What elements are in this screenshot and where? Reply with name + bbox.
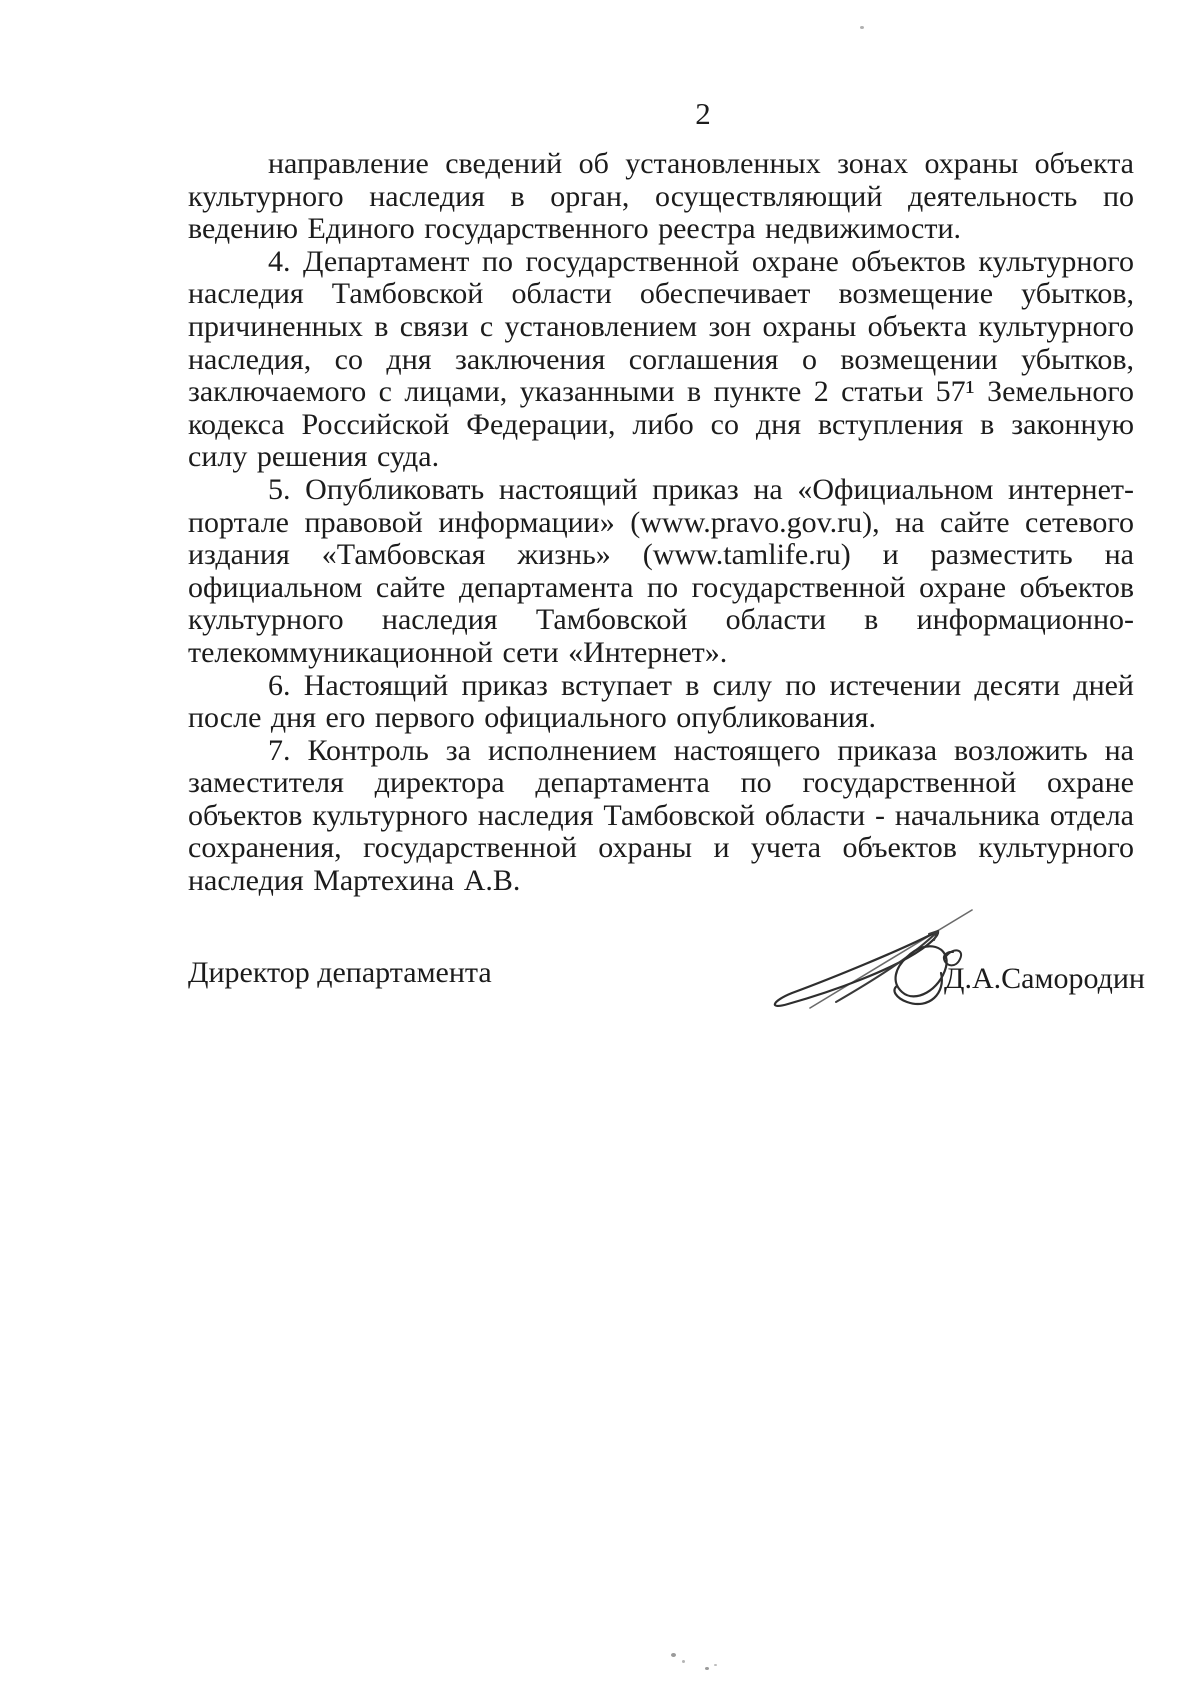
document-page: 2 направление сведений об установленных … (0, 0, 1200, 1697)
scan-speck (671, 1653, 676, 1657)
document-body: направление сведений об установленных зо… (188, 148, 1134, 898)
scan-speck (682, 1660, 685, 1663)
page-number: 2 (688, 96, 718, 132)
paragraph-item-5: 5. Опубликовать настоящий приказ на «Офи… (188, 474, 1134, 670)
scan-speck (714, 1664, 717, 1666)
scan-speck (860, 26, 864, 29)
paragraph-item-4: 4. Департамент по государственной охране… (188, 246, 1134, 474)
signatory-name: Д.А.Самородин (944, 962, 1145, 996)
paragraph-continuation: направление сведений об установленных зо… (188, 148, 1134, 246)
scan-speck (705, 1667, 709, 1670)
signatory-title: Директор департамента (188, 956, 492, 990)
paragraph-item-6: 6. Настоящий приказ вступает в силу по и… (188, 670, 1134, 735)
